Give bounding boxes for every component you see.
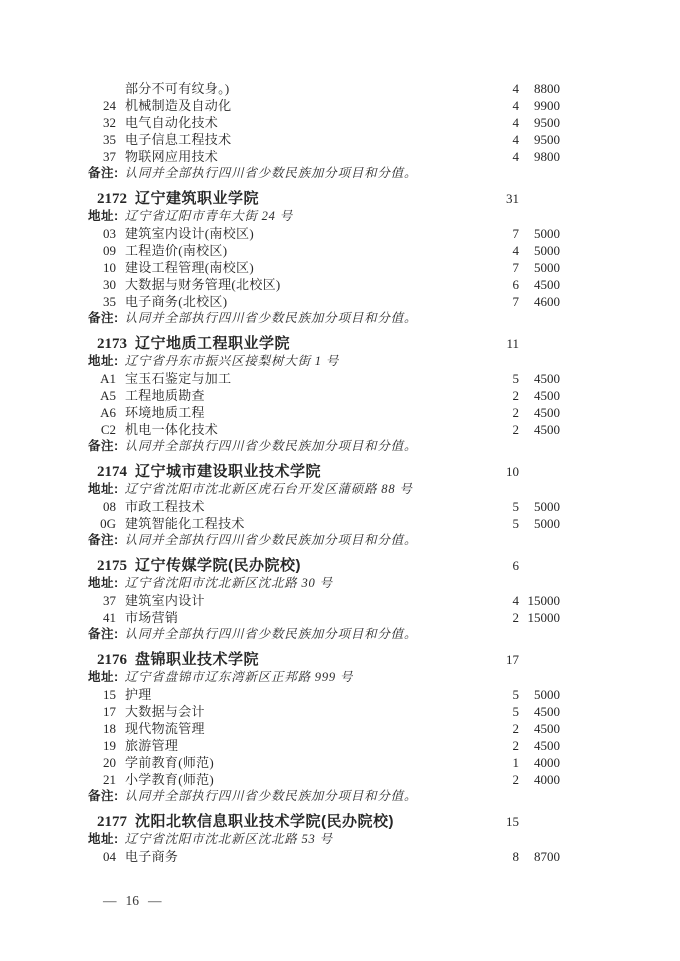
major-name: 机械制造及自动化: [125, 97, 489, 114]
major-fee: 5000: [519, 242, 560, 259]
major-row: 21小学教育(师范)24000: [88, 771, 560, 788]
major-fee: 4000: [519, 771, 560, 788]
address-label: 地址:: [88, 208, 119, 225]
major-quota: 4: [489, 148, 519, 165]
note-line: 备注:认同并全部执行四川省少数民族加分项目和分值。: [88, 788, 560, 805]
major-name: 小学教育(师范): [125, 771, 489, 788]
college-total-count: 6: [489, 557, 519, 575]
major-name: 建筑室内设计: [125, 592, 489, 609]
footer-dash-left: —: [103, 893, 117, 909]
major-code: 20: [88, 754, 116, 771]
college-code: 2177: [97, 813, 127, 831]
note-label: 备注:: [88, 310, 119, 327]
major-name: 电子信息工程技术: [125, 131, 489, 148]
major-row: 部分不可有纹身。)48800: [88, 80, 560, 97]
note-line: 备注:认同并全部执行四川省少数民族加分项目和分值。: [88, 626, 560, 643]
address-text: 辽宁省丹东市振兴区接梨树大街 1 号: [125, 353, 339, 370]
major-fee: 4500: [519, 720, 560, 737]
major-code: 21: [88, 771, 116, 788]
major-row: 35电子商务(北校区)74600: [88, 293, 560, 310]
college-header: 2175辽宁传媒学院(民办院校)6: [88, 557, 560, 575]
college-list: 部分不可有纹身。)4880024机械制造及自动化4990032电气自动化技术49…: [88, 80, 560, 865]
major-fee: 5000: [519, 225, 560, 242]
major-code: 08: [88, 498, 116, 515]
major-row: C2机电一体化技术24500: [88, 421, 560, 438]
address-line: 地址:辽宁省丹东市振兴区接梨树大街 1 号: [88, 353, 560, 370]
address-label: 地址:: [88, 831, 119, 848]
major-code: 35: [88, 293, 116, 310]
major-quota: 5: [489, 515, 519, 532]
major-code: 37: [88, 592, 116, 609]
major-code: A5: [88, 387, 116, 404]
address-label: 地址:: [88, 353, 119, 370]
major-row: A6环境地质工程24500: [88, 404, 560, 421]
note-text: 认同并全部执行四川省少数民族加分项目和分值。: [125, 532, 418, 549]
major-code: 41: [88, 609, 116, 626]
major-fee: 5000: [519, 259, 560, 276]
major-name: 建设工程管理(南校区): [125, 259, 489, 276]
address-label: 地址:: [88, 481, 119, 498]
major-quota: 6: [489, 276, 519, 293]
college-header: 2177沈阳北软信息职业技术学院(民办院校)15: [88, 813, 560, 831]
note-text: 认同并全部执行四川省少数民族加分项目和分值。: [125, 626, 418, 643]
major-quota: 4: [489, 80, 519, 97]
major-code: A1: [88, 370, 116, 387]
college-name: 辽宁建筑职业学院: [135, 190, 489, 208]
major-name: 电气自动化技术: [125, 114, 489, 131]
address-line: 地址:辽宁省辽阳市青年大街 24 号: [88, 208, 560, 225]
major-fee: 4500: [519, 421, 560, 438]
note-line: 备注:认同并全部执行四川省少数民族加分项目和分值。: [88, 310, 560, 327]
major-row: 30大数据与财务管理(北校区)64500: [88, 276, 560, 293]
major-quota: 4: [489, 242, 519, 259]
note-line: 备注:认同并全部执行四川省少数民族加分项目和分值。: [88, 438, 560, 455]
college-code: 2176: [97, 651, 127, 669]
major-quota: 5: [489, 370, 519, 387]
major-code: C2: [88, 421, 116, 438]
address-line: 地址:辽宁省沈阳市沈北新区沈北路 30 号: [88, 575, 560, 592]
college-name: 辽宁传媒学院(民办院校): [135, 557, 489, 575]
major-name: 工程地质勘查: [125, 387, 489, 404]
major-quota: 4: [489, 114, 519, 131]
major-code: 30: [88, 276, 116, 293]
major-code: 24: [88, 97, 116, 114]
major-name: 现代物流管理: [125, 720, 489, 737]
college-name: 辽宁地质工程职业学院: [135, 335, 489, 353]
major-name: 大数据与财务管理(北校区): [125, 276, 489, 293]
major-code: 37: [88, 148, 116, 165]
continued-section: 部分不可有纹身。)4880024机械制造及自动化4990032电气自动化技术49…: [88, 80, 560, 182]
college-section-2174: 2174辽宁城市建设职业技术学院10地址:辽宁省沈阳市沈北新区虎石台开发区蒲硕路…: [88, 463, 560, 549]
address-line: 地址:辽宁省盘锦市辽东湾新区正邦路 999 号: [88, 669, 560, 686]
major-fee: 15000: [519, 609, 560, 626]
college-code: 2175: [97, 557, 127, 575]
major-name: 宝玉石鉴定与加工: [125, 370, 489, 387]
major-fee: 4600: [519, 293, 560, 310]
college-name: 沈阳北软信息职业技术学院(民办院校): [135, 813, 489, 831]
major-quota: 7: [489, 293, 519, 310]
major-quota: 8: [489, 848, 519, 865]
college-total-count: 17: [489, 651, 519, 669]
college-total-count: 10: [489, 463, 519, 481]
major-row: A1宝玉石鉴定与加工54500: [88, 370, 560, 387]
major-fee: 9500: [519, 131, 560, 148]
major-fee: 4000: [519, 754, 560, 771]
major-quota: 2: [489, 737, 519, 754]
major-row: 35电子信息工程技术49500: [88, 131, 560, 148]
major-fee: 9500: [519, 114, 560, 131]
address-line: 地址:辽宁省沈阳市沈北新区虎石台开发区蒲硕路 88 号: [88, 481, 560, 498]
major-name: 机电一体化技术: [125, 421, 489, 438]
college-header: 2174辽宁城市建设职业技术学院10: [88, 463, 560, 481]
college-header: 2176盘锦职业技术学院17: [88, 651, 560, 669]
major-fee: 5000: [519, 515, 560, 532]
major-quota: 5: [489, 498, 519, 515]
major-row: 17大数据与会计54500: [88, 703, 560, 720]
major-row: 41市场营销215000: [88, 609, 560, 626]
major-code: 10: [88, 259, 116, 276]
major-fee: 15000: [519, 592, 560, 609]
college-total-count: 11: [489, 335, 519, 353]
major-code: 17: [88, 703, 116, 720]
college-name: 辽宁城市建设职业技术学院: [135, 463, 489, 481]
major-name: 物联网应用技术: [125, 148, 489, 165]
address-text: 辽宁省辽阳市青年大街 24 号: [125, 208, 293, 225]
page-number: 16: [126, 893, 140, 909]
major-quota: 7: [489, 225, 519, 242]
college-section-2177: 2177沈阳北软信息职业技术学院(民办院校)15地址:辽宁省沈阳市沈北新区沈北路…: [88, 813, 560, 865]
major-quota: 2: [489, 609, 519, 626]
major-quota: 1: [489, 754, 519, 771]
major-row: 0G建筑智能化工程技术55000: [88, 515, 560, 532]
major-row: 18现代物流管理24500: [88, 720, 560, 737]
major-name: 电子商务(北校区): [125, 293, 489, 310]
footer-dash-right: —: [148, 893, 162, 909]
major-row: 24机械制造及自动化49900: [88, 97, 560, 114]
major-row: 03建筑室内设计(南校区)75000: [88, 225, 560, 242]
major-row: 04电子商务88700: [88, 848, 560, 865]
note-text: 认同并全部执行四川省少数民族加分项目和分值。: [125, 438, 418, 455]
college-header: 2173辽宁地质工程职业学院11: [88, 335, 560, 353]
major-code: 04: [88, 848, 116, 865]
major-row: 10建设工程管理(南校区)75000: [88, 259, 560, 276]
major-quota: 4: [489, 97, 519, 114]
college-total-count: 15: [489, 813, 519, 831]
major-fee: 9800: [519, 148, 560, 165]
address-text: 辽宁省沈阳市沈北新区沈北路 30 号: [125, 575, 333, 592]
major-fee: 4500: [519, 404, 560, 421]
address-text: 辽宁省盘锦市辽东湾新区正邦路 999 号: [125, 669, 354, 686]
address-text: 辽宁省沈阳市沈北新区虎石台开发区蒲硕路 88 号: [125, 481, 413, 498]
major-fee: 4500: [519, 370, 560, 387]
address-text: 辽宁省沈阳市沈北新区沈北路 53 号: [125, 831, 333, 848]
major-row: 09工程造价(南校区)45000: [88, 242, 560, 259]
address-line: 地址:辽宁省沈阳市沈北新区沈北路 53 号: [88, 831, 560, 848]
major-fee: 9900: [519, 97, 560, 114]
address-label: 地址:: [88, 575, 119, 592]
note-text: 认同并全部执行四川省少数民族加分项目和分值。: [125, 165, 418, 182]
major-code: A6: [88, 404, 116, 421]
major-quota: 2: [489, 404, 519, 421]
major-quota: 2: [489, 720, 519, 737]
major-name: 学前教育(师范): [125, 754, 489, 771]
college-code: 2172: [97, 190, 127, 208]
major-row: 08市政工程技术55000: [88, 498, 560, 515]
note-label: 备注:: [88, 626, 119, 643]
major-name: 旅游管理: [125, 737, 489, 754]
major-row: 20学前教育(师范)14000: [88, 754, 560, 771]
major-name: 市政工程技术: [125, 498, 489, 515]
college-section-2176: 2176盘锦职业技术学院17地址:辽宁省盘锦市辽东湾新区正邦路 999 号15护…: [88, 651, 560, 805]
major-fee: 4500: [519, 387, 560, 404]
college-code: 2173: [97, 335, 127, 353]
major-row: 37物联网应用技术49800: [88, 148, 560, 165]
major-code: 35: [88, 131, 116, 148]
address-label: 地址:: [88, 669, 119, 686]
major-row: A5工程地质勘查24500: [88, 387, 560, 404]
major-code: 32: [88, 114, 116, 131]
college-section-2175: 2175辽宁传媒学院(民办院校)6地址:辽宁省沈阳市沈北新区沈北路 30 号37…: [88, 557, 560, 643]
major-quota: 2: [489, 387, 519, 404]
major-quota: 5: [489, 703, 519, 720]
major-code: 19: [88, 737, 116, 754]
major-quota: 4: [489, 131, 519, 148]
major-name: 建筑室内设计(南校区): [125, 225, 489, 242]
major-code: 18: [88, 720, 116, 737]
major-fee: 4500: [519, 737, 560, 754]
major-quota: 5: [489, 686, 519, 703]
major-code: 15: [88, 686, 116, 703]
major-code: 03: [88, 225, 116, 242]
document-page: 部分不可有纹身。)4880024机械制造及自动化4990032电气自动化技术49…: [0, 0, 680, 961]
major-fee: 8800: [519, 80, 560, 97]
major-fee: 5000: [519, 498, 560, 515]
major-name: 工程造价(南校区): [125, 242, 489, 259]
college-section-2173: 2173辽宁地质工程职业学院11地址:辽宁省丹东市振兴区接梨树大街 1 号A1宝…: [88, 335, 560, 455]
major-fee: 4500: [519, 276, 560, 293]
major-row: 32电气自动化技术49500: [88, 114, 560, 131]
major-fee: 5000: [519, 686, 560, 703]
note-text: 认同并全部执行四川省少数民族加分项目和分值。: [125, 310, 418, 327]
major-row: 37建筑室内设计415000: [88, 592, 560, 609]
major-name: 护理: [125, 686, 489, 703]
note-line: 备注:认同并全部执行四川省少数民族加分项目和分值。: [88, 532, 560, 549]
college-name: 盘锦职业技术学院: [135, 651, 489, 669]
note-text: 认同并全部执行四川省少数民族加分项目和分值。: [125, 788, 418, 805]
major-row: 19旅游管理24500: [88, 737, 560, 754]
major-code: 0G: [88, 515, 116, 532]
note-line: 备注:认同并全部执行四川省少数民族加分项目和分值。: [88, 165, 560, 182]
note-label: 备注:: [88, 788, 119, 805]
major-code: 09: [88, 242, 116, 259]
college-total-count: 31: [489, 190, 519, 208]
major-fee: 4500: [519, 703, 560, 720]
major-quota: 2: [489, 771, 519, 788]
major-quota: 2: [489, 421, 519, 438]
page-footer: — 16 —: [103, 893, 680, 909]
note-label: 备注:: [88, 532, 119, 549]
note-label: 备注:: [88, 165, 119, 182]
major-row: 15护理55000: [88, 686, 560, 703]
major-name: 环境地质工程: [125, 404, 489, 421]
note-label: 备注:: [88, 438, 119, 455]
major-quota: 7: [489, 259, 519, 276]
major-name: 部分不可有纹身。): [125, 80, 489, 97]
major-name: 建筑智能化工程技术: [125, 515, 489, 532]
college-code: 2174: [97, 463, 127, 481]
major-fee: 8700: [519, 848, 560, 865]
major-name: 市场营销: [125, 609, 489, 626]
college-header: 2172辽宁建筑职业学院31: [88, 190, 560, 208]
major-quota: 4: [489, 592, 519, 609]
major-name: 大数据与会计: [125, 703, 489, 720]
college-section-2172: 2172辽宁建筑职业学院31地址:辽宁省辽阳市青年大街 24 号03建筑室内设计…: [88, 190, 560, 327]
major-name: 电子商务: [125, 848, 489, 865]
